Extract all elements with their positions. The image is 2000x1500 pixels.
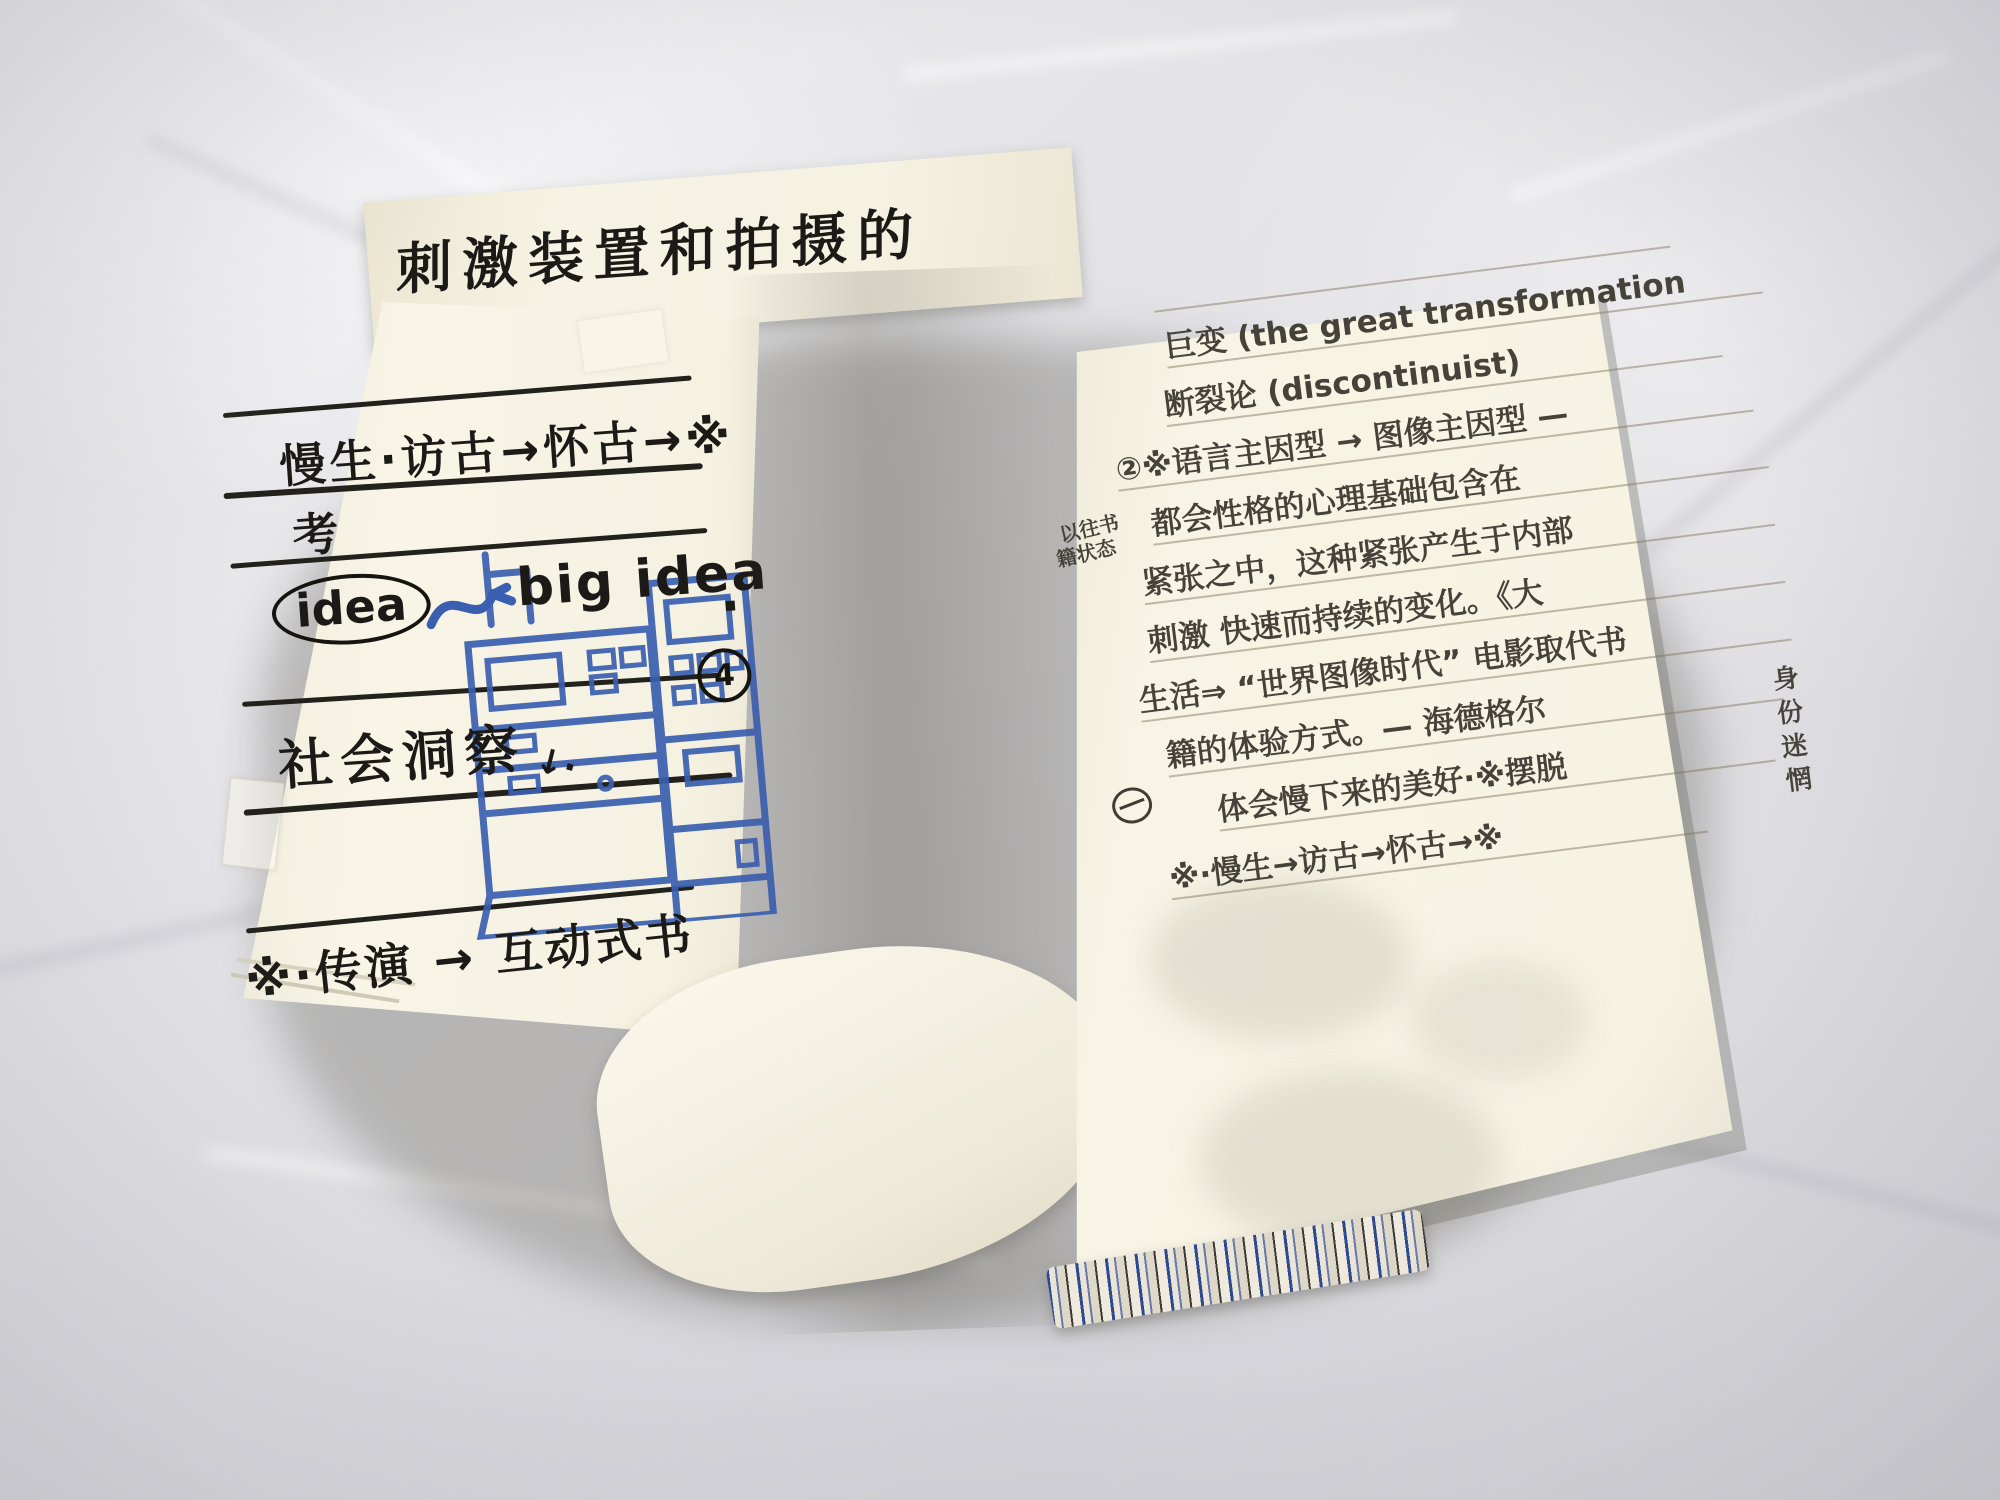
photo-vignette [0, 0, 2000, 1500]
notebook-photo: 刺激装置和拍摄的 [0, 0, 2000, 1500]
